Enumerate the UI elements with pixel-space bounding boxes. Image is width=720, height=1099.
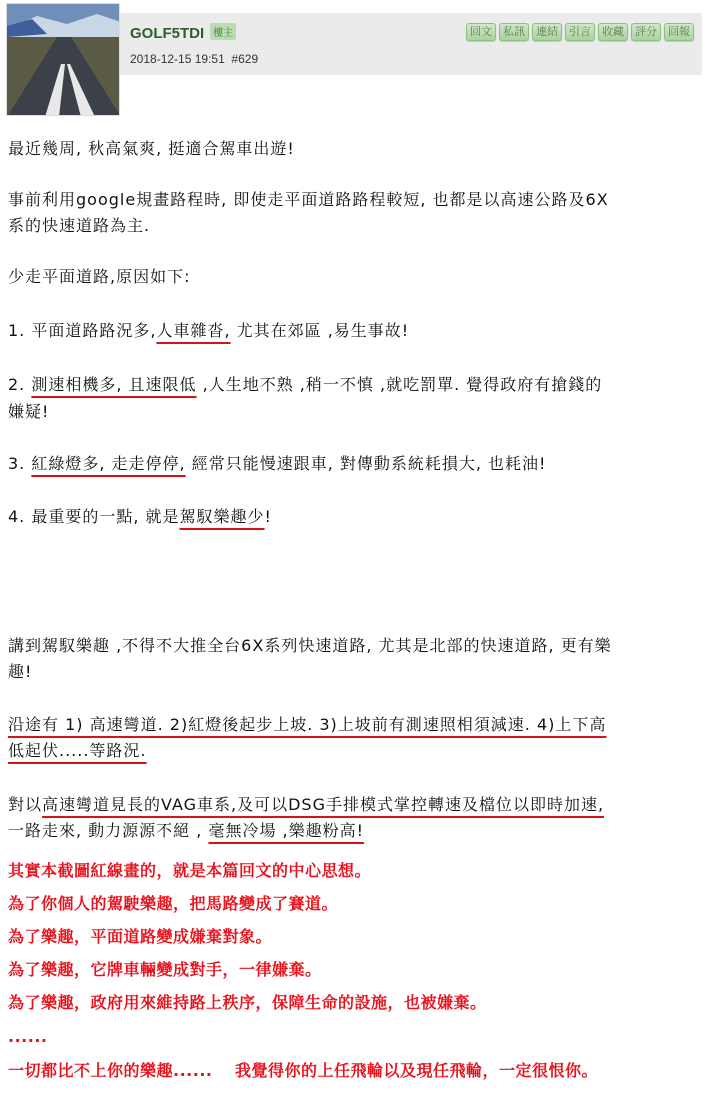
- underlined-text: 紅綠燈多, 走走停停,: [31, 454, 185, 473]
- text: 經常只能慢速跟車, 對傳動系統耗損大, 也耗油!: [186, 454, 547, 473]
- text: 2.: [8, 375, 31, 394]
- reply-line: 一切都比不上你的樂趣...... 我覺得你的上任飛輪以及現任飛輪，一定很恨你。: [8, 1058, 598, 1084]
- username-label[interactable]: GOLF5TDI: [130, 25, 204, 42]
- text: 3.: [8, 454, 31, 473]
- text: 4. 最重要的一點, 就是: [8, 507, 180, 526]
- underlined-text: 駕馭樂趣少: [180, 507, 265, 526]
- text: 對以: [8, 795, 42, 814]
- paragraph: 趣!: [8, 659, 32, 685]
- text: 1. 平面道路路況多,: [8, 321, 156, 340]
- quote-button[interactable]: 引言: [565, 23, 595, 41]
- list-item-1: 1. 平面道路路況多,人車雜沓, 尤其在郊區 ,易生事故!: [8, 318, 409, 344]
- list-item-2: 2. 測速相機多, 且速限低 ,人生地不熟 ,稍一不慎 ,就吃罰單. 覺得政府有…: [8, 372, 602, 398]
- role-badge: 樓主: [210, 23, 236, 40]
- road-landscape-avatar: [7, 4, 120, 116]
- post-timestamp: 2018-12-15 19:51: [130, 52, 225, 66]
- paragraph: 講到駕馭樂趣 ,不得不大推全台6X系列快速道路, 尤其是北部的快速道路, 更有樂: [8, 633, 612, 659]
- text: ,人生地不熟 ,稍一不慎 ,就吃罰單. 覺得政府有搶錢的: [197, 375, 603, 394]
- underlined-text: 高速彎道見長的VAG車系,及可以DSG手排模式掌控轉速及檔位以即時加速,: [42, 795, 604, 814]
- favorite-button[interactable]: 收藏: [598, 23, 628, 41]
- paragraph: 對以高速彎道見長的VAG車系,及可以DSG手排模式掌控轉速及檔位以即時加速,: [8, 792, 604, 818]
- avatar[interactable]: [6, 3, 120, 116]
- text: 尤其在郊區 ,易生事故!: [231, 321, 410, 340]
- post-actions: 回文 私訊 連結 引言 收藏 評分 回報: [466, 23, 694, 41]
- post-number[interactable]: #629: [231, 52, 258, 66]
- paragraph: 一路走來, 動力源源不絕 , 毫無冷場 ,樂趣粉高!: [8, 818, 364, 844]
- underlined-text: 測速相機多, 且速限低: [31, 375, 196, 394]
- private-message-button[interactable]: 私訊: [499, 23, 529, 41]
- underlined-text: 人車雜沓,: [156, 321, 230, 340]
- paragraph: 最近幾周, 秋高氣爽, 挺適合駕車出遊!: [8, 136, 295, 162]
- paragraph: 嫌疑!: [8, 399, 49, 425]
- paragraph: 沿途有 1) 高速彎道. 2)紅燈後起步上坡. 3)上坡前有測速照相須減速. 4…: [8, 712, 606, 738]
- reply-line: 其實本截圖紅線畫的，就是本篇回文的中心思想。: [8, 858, 371, 884]
- reply-line: ......: [8, 1024, 47, 1050]
- text: 一路走來, 動力源源不絕 ,: [8, 821, 208, 840]
- underlined-text: 毫無冷場 ,樂趣粉高!: [208, 821, 364, 840]
- rate-button[interactable]: 評分: [631, 23, 661, 41]
- report-button[interactable]: 回報: [664, 23, 694, 41]
- username[interactable]: GOLF5TDI樓主: [130, 23, 236, 42]
- paragraph: 事前利用google規畫路程時, 即使走平面道路路程較短, 也都是以高速公路及6…: [8, 187, 609, 213]
- link-button[interactable]: 連結: [532, 23, 562, 41]
- reply-line: 為了樂趣，平面道路變成嫌棄對象。: [8, 924, 272, 950]
- post-header: GOLF5TDI樓主 2018-12-15 19:51 #629 回文 私訊 連…: [120, 13, 702, 75]
- reply-line: 為了樂趣，政府用來維持路上秩序，保障生命的設施，也被嫌棄。: [8, 990, 487, 1016]
- paragraph: 低起伏.....等路況.: [8, 738, 147, 764]
- paragraph: 少走平面道路,原因如下:: [8, 264, 190, 290]
- post-meta: 2018-12-15 19:51 #629: [130, 52, 258, 66]
- underlined-text: 低起伏.....等路況.: [8, 741, 147, 760]
- reply-line: 為了樂趣，它牌車輛變成對手，一律嫌棄。: [8, 957, 322, 983]
- text: !: [265, 507, 272, 526]
- underlined-text: 沿途有 1) 高速彎道. 2)紅燈後起步上坡. 3)上坡前有測速照相須減速. 4…: [8, 715, 606, 734]
- reply-line: 為了你個人的駕駛樂趣，把馬路變成了賽道。: [8, 891, 338, 917]
- list-item-3: 3. 紅綠燈多, 走走停停, 經常只能慢速跟車, 對傳動系統耗損大, 也耗油!: [8, 451, 546, 477]
- paragraph: 系的快速道路為主.: [8, 213, 150, 239]
- reply-button[interactable]: 回文: [466, 23, 496, 41]
- list-item-4: 4. 最重要的一點, 就是駕馭樂趣少!: [8, 504, 272, 530]
